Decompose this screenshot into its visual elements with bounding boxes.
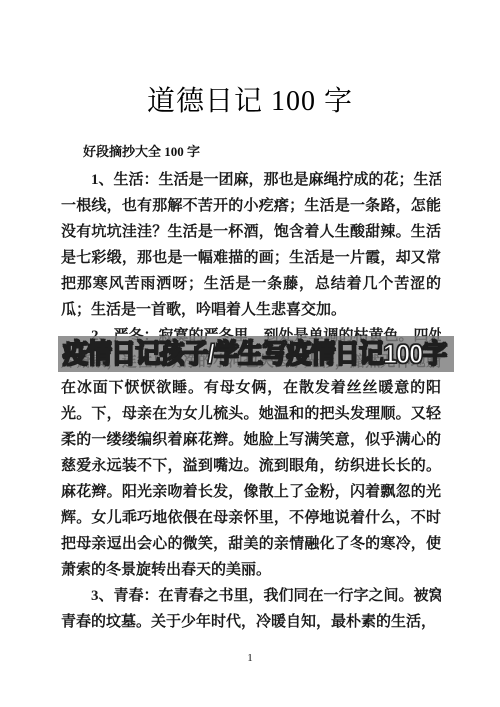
text-line: 在冰面下恹恹欲睡。有母女俩，在散发着丝丝暖意的阳 [61,375,441,401]
document-body: 1、生活：生活是一团麻，那也是麻绳拧成的花；生活是一根线，也有那解不苦开的小疙瘩… [61,167,441,635]
document-page: 道德日记 100 字 好段摘抄大全 100 字 1、生活：生活是一团麻，那也是麻… [0,0,500,707]
watermark-banner: 疫情日记孩子/学生写疫情日记100字 [58,336,454,372]
text-line: 柔的一缕缕编织着麻花辫。她脸上写满笑意，似乎满心的 [61,427,441,453]
text-line: 慈爱永远装不下，溢到嘴边。流到眼角，纺织进长长的。 [61,453,441,479]
text-line: 辉。女儿乖巧地依偎在母亲怀里，不停地说着什么，不时 [61,505,441,531]
text-line: 光。下，母亲在为女儿梳头。她温和的把头发理顺。又轻 [61,401,441,427]
text-line: 把母亲逗出会心的微笑，甜美的亲情融化了冬的寒冷，使 [61,531,441,557]
watermark-text: 疫情日记孩子/学生写疫情日记100字 [58,336,446,372]
text-line: 萧索的冬景旋转出春天的美丽。 [61,557,441,583]
text-line: 3、青春：在青春之书里，我们同在一行字之间。被窝是 [61,583,441,609]
text-line: 一根线，也有那解不苦开的小疙瘩；生活是一条路，怎能 [61,193,441,219]
text-line: 麻花辫。阳光亲吻着长发，像散上了金粉，闪着飘忽的光 [61,479,441,505]
text-line: 瓜；生活是一首歌，吟唱着人生悲喜交加。 [61,297,441,323]
text-line: 没有坑坑洼洼？生活是一杯酒，饱含着人生酸甜辣。生活 [61,219,441,245]
text-line: 把那寒风苦雨洒呀；生活是一条藤，总结着几个苦涩的 [61,271,441,297]
text-line: 1、生活：生活是一团麻，那也是麻绳拧成的花；生活是 [61,167,441,193]
page-number: 1 [0,652,500,664]
document-subtitle: 好段摘抄大全 100 字 [83,143,200,160]
text-line: 青春的坟墓。关于少年时代，冷暖自知，最朴素的生活， [61,609,441,635]
document-title: 道德日记 100 字 [0,86,500,118]
text-line: 是七彩缎，那也是一幅难描的画；生活是一片霞，却又常 [61,245,441,271]
